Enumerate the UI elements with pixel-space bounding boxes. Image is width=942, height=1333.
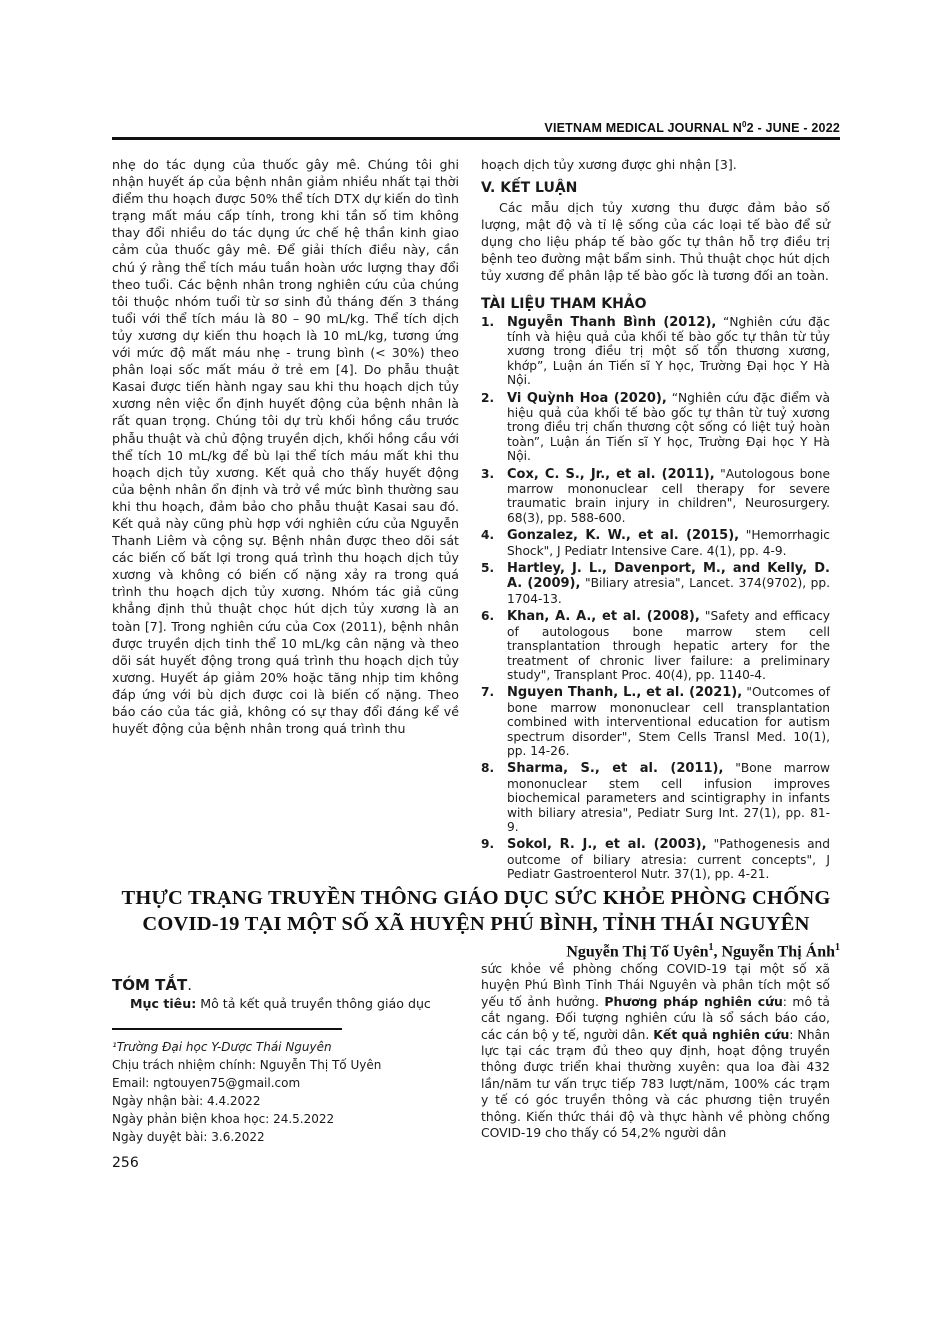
review-date: Ngày phản biện khoa học: 24.5.2022 <box>112 1110 459 1128</box>
reference-number: 9. <box>481 837 494 851</box>
page-number: 256 <box>112 1155 139 1171</box>
received-date: Ngày nhận bài: 4.4.2022 <box>112 1092 459 1110</box>
abstract-heading-text: TÓM TẮT <box>112 976 187 994</box>
reference-authors: Nguyen Thanh, L., et al. (2021), <box>507 685 742 700</box>
reference-item: 8.Sharma, S., et al. (2011), "Bone marro… <box>481 761 830 834</box>
objective-text: Mục tiêu: Mô tả kết quả truyền thông giá… <box>112 995 459 1012</box>
reference-number: 7. <box>481 685 494 699</box>
reference-item: 3.Cox, C. S., Jr., et al. (2011), "Autol… <box>481 467 830 526</box>
reference-number: 4. <box>481 528 494 542</box>
reference-item: 5.Hartley, J. L., Davenport, M., and Kel… <box>481 561 830 606</box>
abstract-heading-dot: . <box>187 976 192 994</box>
accepted-date: Ngày duyệt bài: 3.6.2022 <box>112 1128 459 1146</box>
conclusion-text: Các mẫu dịch tủy xương thu được đảm bảo … <box>481 199 830 284</box>
abstract-left: TÓM TẮT. Mục tiêu: Mô tả kết quả truyền … <box>112 975 459 1012</box>
reference-item: 9.Sokol, R. J., et al. (2003), "Pathogen… <box>481 837 830 881</box>
reference-number: 5. <box>481 561 494 575</box>
conclusion-heading: V. KẾT LUẬN <box>481 179 830 197</box>
reference-authors: Vi Quỳnh Hoa (2020), <box>507 391 667 406</box>
objective-body: Mô tả kết quả truyền thông giáo dục <box>196 996 431 1011</box>
running-head: VIETNAM MEDICAL JOURNAL N02 - JUNE - 202… <box>112 120 840 135</box>
reference-authors: Cox, C. S., Jr., et al. (2011), <box>507 467 715 482</box>
reference-number: 2. <box>481 391 494 405</box>
results-label: Kết quả nghiên cứu <box>653 1027 789 1042</box>
article-title: THỰC TRẠNG TRUYỀN THÔNG GIÁO DỤC SỨC KHỎ… <box>112 885 840 937</box>
affiliation: ¹Trường Đại học Y-Dược Thái Nguyên <box>112 1038 459 1056</box>
right-column: hoạch dịch tủy xương được ghi nhận [3]. … <box>481 156 830 885</box>
affiliation-marker: 1 <box>835 942 840 953</box>
discussion-paragraph: nhẹ do tác dụng của thuốc gây mê. Chúng … <box>112 156 459 737</box>
journal-page: VIETNAM MEDICAL JOURNAL N02 - JUNE - 202… <box>0 0 942 1333</box>
methods-label: Phương pháp nghiên cứu <box>604 994 782 1009</box>
reference-item: 1.Nguyễn Thanh Bình (2012), “Nghiên cứu … <box>481 315 830 388</box>
reference-authors: Gonzalez, K. W., et al. (2015), <box>507 528 739 543</box>
corresponding-author: Chịu trách nhiệm chính: Nguyễn Thị Tố Uy… <box>112 1056 459 1074</box>
reference-item: 6.Khan, A. A., et al. (2008), "Safety an… <box>481 609 830 682</box>
reference-number: 6. <box>481 609 494 623</box>
title-line-2: COVID-19 TẠI MỘT SỐ XÃ HUYỆN PHÚ BÌNH, T… <box>112 911 840 937</box>
discussion-continuation: hoạch dịch tủy xương được ghi nhận [3]. <box>481 156 830 173</box>
issue-date: 2 - JUNE - 2022 <box>747 121 840 135</box>
reference-authors: Khan, A. A., et al. (2008), <box>507 609 700 624</box>
reference-authors: Nguyễn Thanh Bình (2012), <box>507 315 716 330</box>
reference-number: 1. <box>481 315 494 329</box>
title-line-1: THỰC TRẠNG TRUYỀN THÔNG GIÁO DỤC SỨC KHỎ… <box>112 885 840 911</box>
reference-item: 7.Nguyen Thanh, L., et al. (2021), "Outc… <box>481 685 830 758</box>
left-column: nhẹ do tác dụng của thuốc gây mê. Chúng … <box>112 156 459 737</box>
reference-number: 3. <box>481 467 494 481</box>
reference-authors: Sokol, R. J., et al. (2003), <box>507 837 707 852</box>
footnotes: ¹Trường Đại học Y-Dược Thái Nguyên Chịu … <box>112 1038 459 1146</box>
references-heading: TÀI LIỆU THAM KHẢO <box>481 295 830 313</box>
author-name: Nguyễn Thị Tố Uyên <box>566 943 708 960</box>
objective-label: Mục tiêu: <box>130 996 196 1011</box>
abstract-body: sức khỏe về phòng chống COVID-19 tại một… <box>481 961 830 1141</box>
header-rule <box>112 137 840 140</box>
author-name: Nguyễn Thị Ánh <box>721 943 835 960</box>
reference-number: 8. <box>481 761 494 775</box>
abstract-heading: TÓM TẮT. <box>112 975 459 995</box>
footnote-rule <box>112 1028 342 1030</box>
email: Email: ngtouyen75@gmail.com <box>112 1074 459 1092</box>
reference-authors: Sharma, S., et al. (2011), <box>507 761 723 776</box>
references-list: 1.Nguyễn Thanh Bình (2012), “Nghiên cứu … <box>481 315 830 882</box>
reference-item: 4.Gonzalez, K. W., et al. (2015), "Hemor… <box>481 528 830 558</box>
reference-item: 2.Vi Quỳnh Hoa (2020), “Nghiên cứu đặc đ… <box>481 391 830 464</box>
article-authors: Nguyễn Thị Tố Uyên1, Nguyễn Thị Ánh1 <box>470 942 840 961</box>
abstract-part: : Nhân lực tại các trạm đủ theo quy định… <box>481 1027 830 1140</box>
abstract-right: sức khỏe về phòng chống COVID-19 tại một… <box>481 961 830 1141</box>
journal-name: VIETNAM MEDICAL JOURNAL N <box>544 121 742 135</box>
